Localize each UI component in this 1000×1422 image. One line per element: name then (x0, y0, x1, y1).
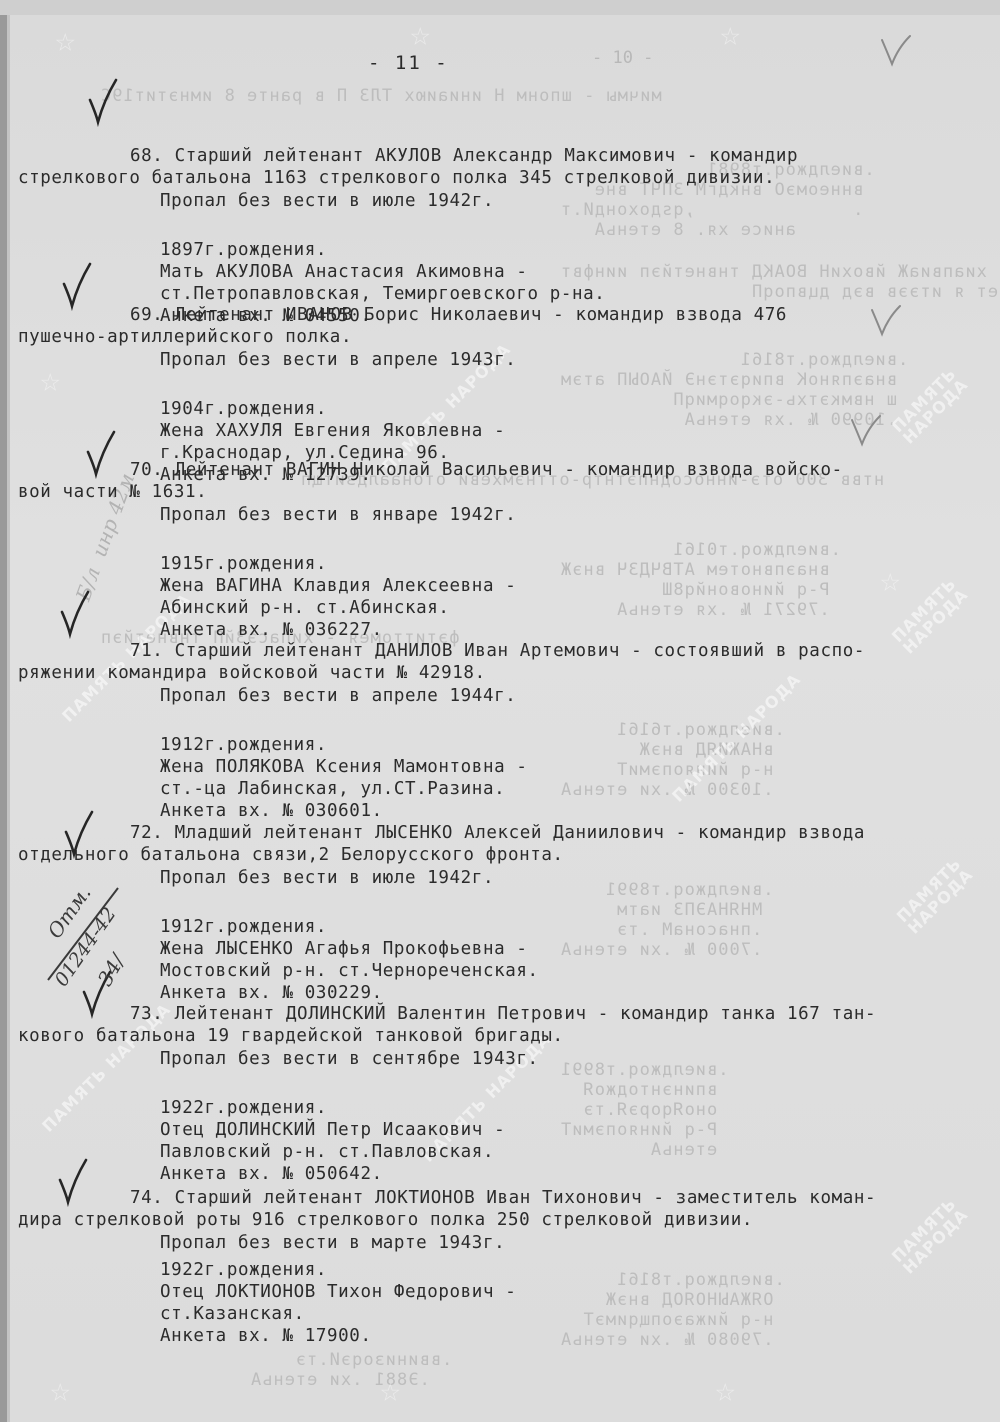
bleed-through-text: .виелджоq.т0161 внаэпвнотем АТВЧДЗЧ внэЖ… (560, 540, 841, 620)
entry-questionnaire-number: Анкета вх. № 030601. (160, 801, 383, 821)
scan-left-edge-shadow (7, 15, 10, 1422)
pencil-checkmark-icon (880, 20, 910, 66)
entry-missing-status: Пропал без вести в апреле 1943г. (160, 350, 516, 370)
entry-address: ст.Казанская. (160, 1304, 305, 1324)
bleed-through-text: .ввинизоqэИ.тэ .Э881 .хи етеньА (250, 1350, 452, 1390)
star-watermark-icon: ☆ (50, 1370, 70, 1410)
entry-birth-year: 1897г.рождения. (160, 240, 327, 260)
scan-left-edge (0, 15, 7, 1422)
entry-relative: Жена ВАГИНА Клавдия Алексеевна - (160, 576, 516, 596)
entry-unit-continuation: отдельного батальона связи,2 Белорусског… (18, 845, 564, 865)
entry-heading: 68. Старший лейтенант АКУЛОВ Александр М… (130, 146, 798, 166)
entry-number: 68. (130, 146, 163, 166)
entry-address: Абинский р-н. ст.Абинская. (160, 598, 450, 618)
entry-number: 74. (130, 1188, 163, 1208)
entry-missing-status: Пропал без вести в июле 1942г. (160, 191, 494, 211)
entry-missing-status: Пропал без вести в апреле 1944г. (160, 686, 516, 706)
star-watermark-icon: ☆ (715, 1370, 735, 1410)
checkmark-icon (64, 810, 94, 856)
entry-address: Павловский р-н. ст.Павловская. (160, 1142, 494, 1162)
entry-missing-status: Пропал без вести в марте 1943г. (160, 1233, 505, 1253)
entry-missing-status: Пропал без вести в январе 1942г. (160, 505, 516, 525)
checkmark-icon (88, 78, 118, 124)
checkmark-icon (58, 1158, 88, 1204)
entry-birth-year: 1912г.рождения. (160, 917, 327, 937)
entry-birth-year: 1915г.рождения. (160, 554, 327, 574)
entry-questionnaire-number: Анкета вх. № 050642. (160, 1164, 383, 1184)
entry-heading: 71. Старший лейтенант ДАНИЛОВ Иван Артем… (130, 641, 865, 661)
entry-number: 70. (130, 460, 163, 480)
entry-questionnaire-number: Анкета вх. № 17900. (160, 1326, 372, 1346)
checkmark-icon (86, 430, 116, 476)
entry-birth-year: 1922г.рождения. (160, 1098, 327, 1118)
bleed-through-page-number: - 10 - (592, 48, 653, 68)
entry-relative: Жена ЛЫСЕНКО Агафья Прокофьевна - (160, 939, 527, 959)
star-watermark-icon: ☆ (55, 20, 75, 60)
star-watermark-icon: ☆ (880, 560, 900, 600)
entry-birth-year: 1912г.рождения. (160, 735, 327, 755)
bleed-through-text: аидномок - хиапвиаЖ йвохиН ВОАКД тнвнетй… (560, 262, 1000, 302)
bleed-through-text: .виелджоq.т8161 ОЯЖАЫНОЯОД внэЖ н-q йижа… (560, 1270, 785, 1350)
page-number: - 11 - (368, 52, 449, 74)
handwritten-divider-line (40, 880, 160, 1020)
entry-heading-text: Старший лейтенант ДАНИЛОВ Иван Артемович… (175, 641, 865, 661)
bleed-through-text: мичмы - шпонм Н иниаиюх ТЛЗ П в ранте 8 … (100, 86, 662, 106)
entry-unit-continuation: вой части № 1631. (18, 482, 207, 502)
entry-heading: 73. Лейтенант ДОЛИНСКИЙ Валентин Петрови… (130, 1004, 876, 1024)
entry-heading: 70. Лейтенант ВАГИН Николай Васильевич -… (130, 460, 843, 480)
bleed-through-text: .виелджоq.т8991 впинэнтоджоЯ оноЯqорэЯ.т… (560, 1060, 729, 1160)
entry-relative: Жена ХАХУЛЯ Евгения Яковлевна - (160, 421, 505, 441)
checkmark-icon (62, 262, 92, 308)
entry-address: ст.Петропавловская, Темиргоевского р-на. (160, 284, 605, 304)
entry-heading-text: Старший лейтенант АКУЛОВ Александр Макси… (175, 146, 799, 166)
entry-heading: 74. Старший лейтенант ЛОКТИОНОВ Иван Тих… (130, 1188, 876, 1208)
entry-birth-year: 1922г.рождения. (160, 1260, 327, 1280)
entry-heading-text: Лейтенант ВАГИН Николай Васильевич - ком… (175, 460, 843, 480)
entry-unit-continuation: стрелкового батальона 1163 стрелкового п… (18, 168, 775, 188)
watermark: ПАМЯТЬ НАРОДА (869, 1175, 991, 1297)
bleed-through-text: .виелджоq.т8991 МНЯНАЭПЗ иатм .пнасонаМ … (560, 880, 773, 960)
entry-number: 69. (130, 305, 163, 325)
entry-heading-text: Лейтенант ИВАНОВ Борис Николаевич - кома… (175, 305, 787, 325)
entry-unit-continuation: кового батальона 19 гвардейской танковой… (18, 1026, 564, 1046)
pencil-checkmark-icon (850, 400, 880, 446)
entry-unit-continuation: дира стрелковой роты 916 стрелкового пол… (18, 1210, 753, 1230)
entry-birth-year: 1904г.рождения. (160, 399, 327, 419)
entry-unit-continuation: ряжении командира войсковой части № 4291… (18, 663, 486, 683)
entry-relative: Отец ДОЛИНСКИЙ Петр Исаакович - (160, 1120, 505, 1140)
entry-relative: Мать АКУЛОВА Анастасия Акимовна - (160, 262, 527, 282)
star-watermark-icon: ☆ (40, 360, 60, 400)
entry-heading-text: Лейтенант ДОЛИНСКИЙ Валентин Петрович - … (175, 1004, 877, 1024)
star-watermark-icon: ☆ (410, 14, 430, 54)
entry-heading-text: Младший лейтенант ЛЫСЕНКО Алексей Даниил… (175, 823, 865, 843)
entry-relative: Жена ПОЛЯКОВА Ксения Мамонтовна - (160, 757, 527, 777)
watermark: ПАМЯТЬ НАРОДА (878, 839, 993, 954)
star-watermark-icon: ☆ (720, 14, 740, 54)
scan-top-band (0, 0, 1000, 15)
entry-number: 71. (130, 641, 163, 661)
entry-number: 72. (130, 823, 163, 843)
star-watermark-icon: ☆ (380, 1370, 400, 1410)
entry-missing-status: Пропал без вести в июле 1942г. (160, 868, 494, 888)
entry-heading: 69. Лейтенант ИВАНОВ Борис Николаевич - … (130, 305, 787, 325)
entry-address: Мостовский р-н. ст.Чернореченская. (160, 961, 539, 981)
entry-heading: 72. Младший лейтенант ЛЫСЕНКО Алексей Да… (130, 823, 865, 843)
entry-missing-status: Пропал без вести в сентябре 1943г. (160, 1049, 539, 1069)
document-page: - 10 - мичмы - шпонм Н иниаиюх ТЛЗ П в р… (0, 0, 1000, 1422)
entry-unit-continuation: пушечно-артиллерийского полка. (18, 327, 352, 347)
entry-heading-text: Старший лейтенант ЛОКТИОНОВ Иван Тихонов… (175, 1188, 877, 1208)
entry-relative: Отец ЛОКТИОНОВ Тихон Федорович - (160, 1282, 516, 1302)
pencil-checkmark-icon (870, 290, 900, 336)
entry-questionnaire-number: Анкета вх. № 030229. (160, 983, 383, 1003)
entry-questionnaire-number: Анкета вх. № 036227. (160, 620, 383, 640)
handwritten-margin-note: Отм. 01244-42 34/ (40, 880, 160, 1020)
entry-address: ст.-ца Лабинская, ул.СТ.Разина. (160, 779, 505, 799)
checkmark-icon (60, 590, 90, 636)
